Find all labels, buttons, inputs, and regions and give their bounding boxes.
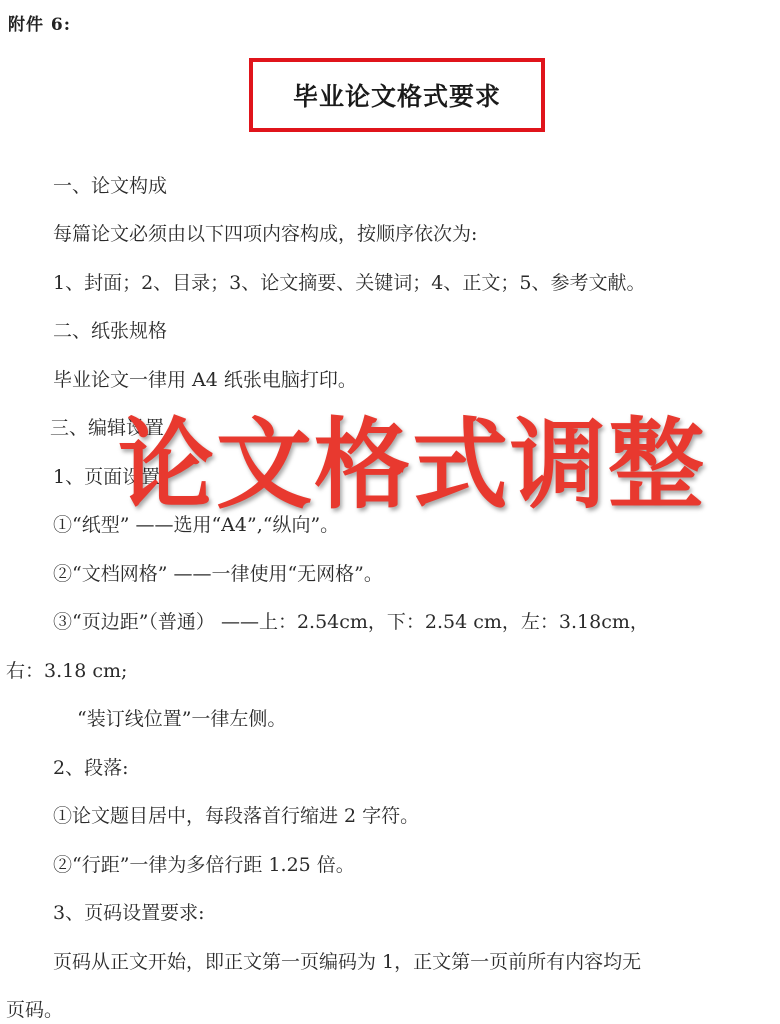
paragraph-line-spacing-rule: ②“行距”一律为多倍行距 1.25 倍。 (53, 853, 355, 877)
page-setup-gutter: “装订线位置”一律左侧。 (77, 707, 286, 731)
paragraph-indent-rule: ①论文题目居中，每段落首行缩进 2 字符。 (53, 804, 419, 828)
page-number-rule: 页码从正文开始，即正文第一页编码为 1，正文第一页前所有内容均无 (53, 950, 641, 974)
attachment-label: 附件 6: (8, 10, 71, 35)
overlay-banner-title: 论文格式调整 (118, 409, 706, 521)
page-setup-margins-cont: 右：3.18 cm; (6, 659, 127, 683)
document-title: 毕业论文格式要求 (293, 77, 501, 113)
paper-spec: 毕业论文一律用 A4 纸张电脑打印。 (53, 368, 357, 392)
page-setup-doc-grid: ②“文档网格” ——一律使用“无网格”。 (53, 562, 383, 586)
page-number-rule-cont: 页码。 (6, 998, 63, 1022)
subheading-paragraph: 2、段落: (53, 756, 129, 780)
subheading-page-number: 3、页码设置要求: (53, 901, 205, 925)
composition-list: 1、封面；2、目录；3、论文摘要、关键词；4、正文；5、参考文献。 (53, 271, 645, 295)
title-box: 毕业论文格式要求 (249, 58, 545, 132)
page-setup-margins: ③“页边距”（普通） ——上：2.54cm，下：2.54 cm，左：3.18cm… (53, 610, 649, 634)
section-heading-composition: 一、论文构成 (53, 174, 167, 198)
section-heading-paper: 二、纸张规格 (53, 319, 167, 343)
composition-intro: 每篇论文必须由以下四项内容构成，按顺序依次为: (53, 222, 477, 246)
